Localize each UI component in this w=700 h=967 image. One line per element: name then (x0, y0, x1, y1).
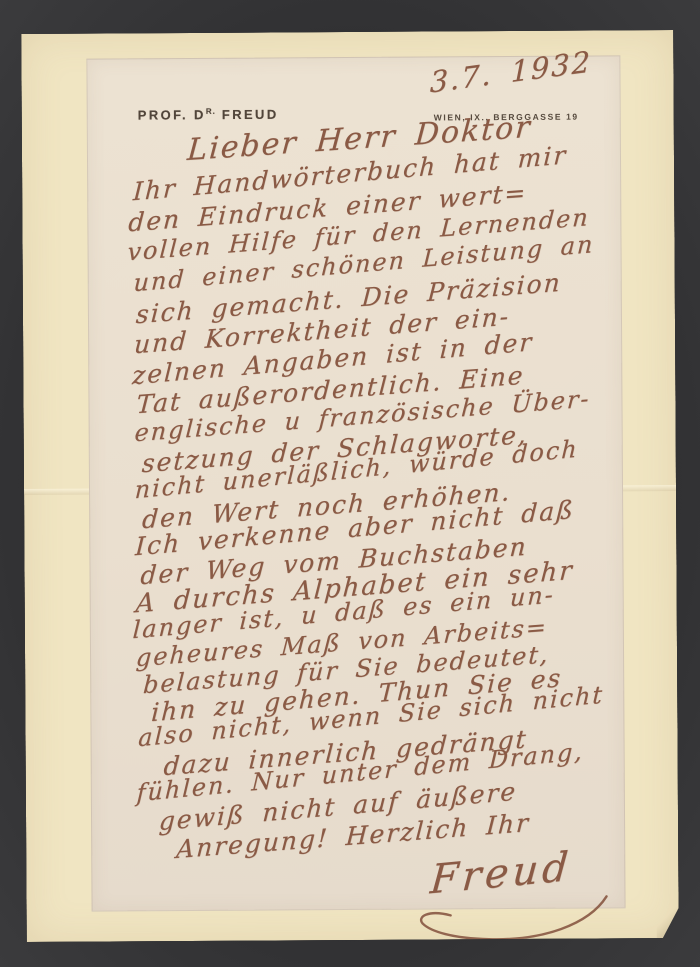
paper-corner-fold (657, 904, 679, 938)
signature-flourish (393, 894, 623, 945)
letterhead-name: PROF. DR. FREUD (138, 106, 279, 122)
photo-backdrop: { "scene": { "background_color": "#31313… (0, 0, 700, 967)
letterhead-name-rest: FREUD (216, 107, 279, 122)
letter-paper: PROF. DR. FREUD WIEN, IX., BERGGASSE 19 … (21, 30, 679, 942)
handwritten-date: 3.7. 1932 (430, 44, 592, 99)
letterhead-name-prefix: PROF. D (138, 107, 206, 122)
letterhead-name-superscript: R. (206, 107, 216, 116)
letter-print-area: PROF. DR. FREUD WIEN, IX., BERGGASSE 19 … (86, 55, 625, 911)
